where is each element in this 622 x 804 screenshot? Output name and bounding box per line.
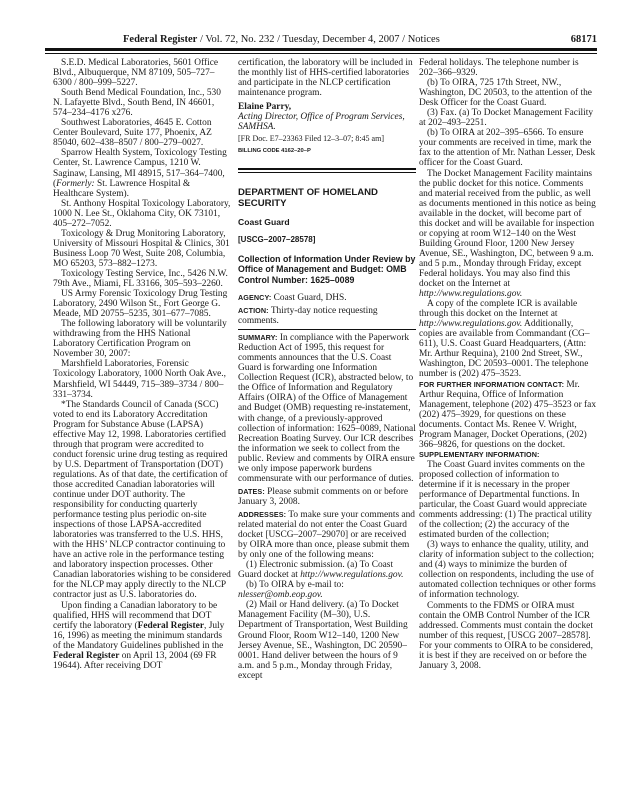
lab-entry: Marshfield Laboratories, Forensic Toxico…: [53, 359, 231, 399]
dates-paragraph: DATES: Please submit comments on or befo…: [238, 487, 416, 507]
fax-oira: (b) To OIRA at 202–395–6566. To ensure y…: [419, 128, 597, 168]
sub-agency-heading: Coast Guard: [238, 217, 416, 227]
column-3: Federal holidays. The telephone number i…: [419, 58, 597, 671]
summary-label: SUMMARY:: [238, 333, 278, 342]
billing-code: BILLING CODE 4162–20–P: [238, 146, 416, 156]
signer-title: Acting Director, Office of Program Servi…: [238, 112, 416, 132]
agency-line: AGENCY: Coast Guard, DHS.: [238, 293, 416, 303]
running-header: Federal Register / Vol. 72, No. 232 / Tu…: [45, 34, 597, 46]
lab-entry: US Army Forensic Toxicology Drug Testing…: [53, 289, 231, 319]
mail-delivery: (2) Mail or Hand delivery. (a) To Docket…: [238, 600, 416, 680]
lab-entry: South Bend Medical Foundation, Inc., 530…: [53, 88, 231, 118]
oira-mail: (b) To OIRA, 725 17th Street, NW., Washi…: [419, 78, 597, 108]
canadian-lab-paragraph: Upon finding a Canadian laboratory to be…: [53, 601, 231, 671]
column-2: certification, the laboratory will be in…: [238, 58, 416, 681]
text: A copy of the complete ICR is available …: [419, 299, 577, 319]
docket-number: [USCG–2007–28578]: [238, 235, 416, 245]
regulations-link[interactable]: http://www.regulations.gov.: [419, 289, 522, 299]
header-rule-thin: [45, 53, 597, 54]
summary-text: In compliance with the Paperwork Reducti…: [238, 333, 416, 484]
email-submission: (b) To OIRA by e-mail to: nlesser@omb.eo…: [238, 580, 416, 600]
fax-docket: (3) Fax. (a) To Docket Management Facili…: [419, 108, 597, 128]
summary-paragraph: SUMMARY: In compliance with the Paperwor…: [238, 333, 416, 484]
regulations-link[interactable]: http://www.regulations.gov.: [300, 570, 403, 580]
action-line: ACTION: Thirty-day notice requesting com…: [238, 306, 416, 326]
action-label: ACTION:: [238, 306, 269, 315]
agency-heading: DEPARTMENT OF HOMELAND SECURITY: [238, 187, 416, 209]
document-title: Collection of Information Under Review b…: [238, 254, 416, 286]
lab-entry: Southwest Laboratories, 4645 E. Cotton C…: [53, 118, 231, 148]
electronic-submission: (1) Electronic submission. (a) To Coast …: [238, 560, 416, 580]
federal-register-ref: Federal Register: [53, 651, 119, 661]
lab-entry: St. Anthony Hospital Toxicology Laborato…: [53, 199, 231, 229]
email-link[interactable]: nlesser@omb.eop.gov.: [238, 590, 323, 600]
agency-text: Coast Guard, DHS.: [271, 293, 346, 303]
publication-name: Federal Register: [123, 34, 197, 45]
addresses-label: ADDRESSES:: [238, 510, 286, 519]
agency-label: AGENCY:: [238, 293, 271, 302]
federal-register-ref: Federal Register: [138, 621, 204, 631]
lab-entry: Toxicology Testing Service, Inc., 5426 N…: [53, 269, 231, 289]
addresses-paragraph: ADDRESSES: To make sure your comments an…: [238, 510, 416, 560]
continuation-text: certification, the laboratory will be in…: [238, 58, 416, 98]
text: The Docket Management Facility maintains…: [419, 169, 596, 290]
contact-text: Mr. Arthur Requina, Office of Informatio…: [419, 380, 596, 450]
supplementary-paragraph: (3) ways to enhance the quality, utility…: [419, 540, 597, 600]
icr-copy-paragraph: A copy of the complete ICR is available …: [419, 299, 597, 379]
signer-name: Elaine Parry,: [238, 102, 416, 112]
supplementary-paragraph: Comments to the FDMS or OIRA must contai…: [419, 601, 597, 671]
dates-label: DATES:: [238, 487, 265, 496]
formerly-label: Formerly:: [56, 179, 95, 189]
section-divider: [238, 172, 416, 174]
scc-footnote: *The Standards Council of Canada (SCC) v…: [53, 400, 231, 601]
contact-label: FOR FURTHER INFORMATION CONTACT:: [419, 380, 564, 389]
lab-entry: Toxicology & Drug Monitoring Laboratory,…: [53, 229, 231, 269]
lab-entry-sparrow: Sparrow Health System, Toxicology Testin…: [53, 148, 231, 198]
column-1: S.E.D. Medical Laboratories, 5601 Office…: [53, 58, 231, 671]
continuation-text: Federal holidays. The telephone number i…: [419, 58, 597, 78]
withdrawal-notice: The following laboratory will be volunta…: [53, 319, 231, 359]
section-divider: [238, 168, 416, 170]
header-rule-thick: [45, 48, 597, 51]
divider: [238, 329, 416, 330]
fr-doc-line: [FR Doc. E7–23363 Filed 12–3–07; 8:45 am…: [238, 134, 416, 144]
page-number: 68171: [571, 34, 597, 46]
lab-entry: S.E.D. Medical Laboratories, 5601 Office…: [53, 58, 231, 88]
regulations-link[interactable]: http://www.regulations.gov.: [419, 319, 522, 329]
contact-paragraph: FOR FURTHER INFORMATION CONTACT: Mr. Art…: [419, 380, 597, 450]
issue-info: / Vol. 72, No. 232 / Tuesday, December 4…: [197, 34, 439, 45]
docket-facility-paragraph: The Docket Management Facility maintains…: [419, 169, 597, 300]
text: (b) To OIRA by e-mail to:: [246, 580, 344, 590]
text: Additionally, copies are available from …: [419, 319, 590, 379]
header-title: Federal Register / Vol. 72, No. 232 / Tu…: [123, 34, 440, 46]
supplementary-paragraph: The Coast Guard invites comments on the …: [419, 460, 597, 540]
supplementary-label: SUPPLEMENTARY INFORMATION:: [419, 450, 597, 460]
